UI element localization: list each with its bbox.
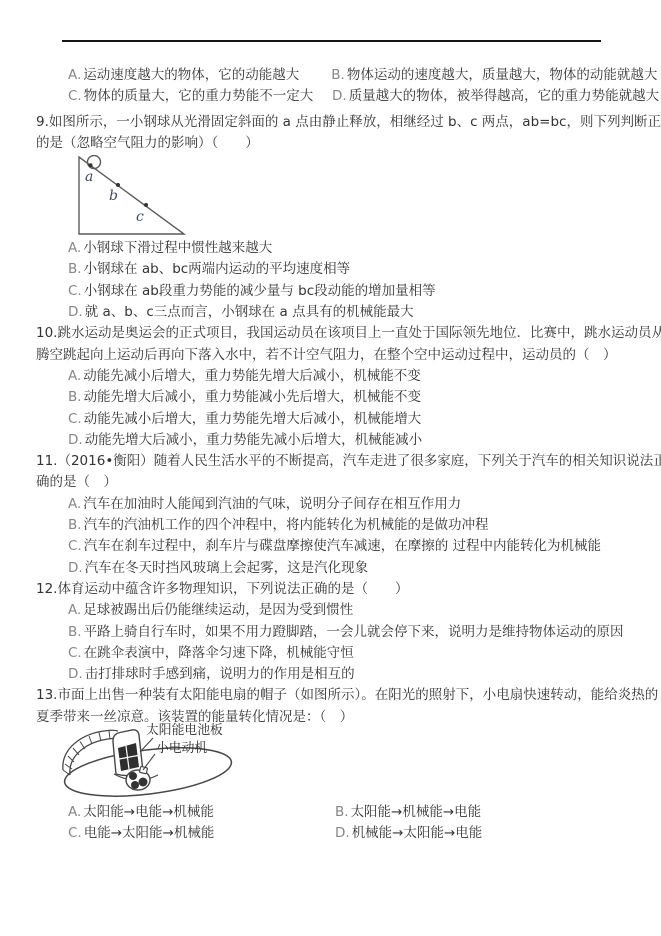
point-a-dot: [89, 163, 93, 167]
option-letter: C.: [68, 825, 82, 841]
fan-blade-1: [129, 772, 137, 780]
question-12: 12.体育运动中蕴含许多物理知识，下列说法正确的是（ ） A.足球被踢出后仍能继…: [36, 579, 635, 685]
option-text: 汽车的汽油机工作的四个冲程中，将内能转化为机械能的是做功冲程: [84, 517, 489, 533]
question-13: 13.市面上出售一种装有太阳能电扇的帽子（如图所示）。在阳光的照射下，小电扇快速…: [36, 685, 635, 844]
q12-option-a: A.足球被踢出后仍能继续运动，是因为受到惯性: [36, 600, 635, 621]
point-c-label: c: [136, 209, 144, 225]
option-letter: C.: [68, 645, 82, 661]
option-text: 小钢球下滑过程中惯性越来越大: [83, 240, 272, 256]
q8-option-d: D.质量越大的物体，被举得越高，它的重力势能就越大: [300, 86, 659, 107]
motor-label: 小电动机: [156, 740, 207, 756]
fan-blade-3: [131, 781, 139, 789]
option-letter: B.: [68, 389, 82, 405]
option-text: 就 a、b、c三点而言，小钢球在 a 点具有的机械能最大: [85, 304, 414, 320]
q9-option-c: C.小钢球在 ab段重力势能的减少量与 bc段动能的增加量相等: [36, 281, 635, 302]
q8-option-b: B.物体运动的速度越大，质量越大，物体的动能就越大: [299, 65, 657, 86]
option-letter: D.: [68, 666, 83, 682]
option-letter: D.: [68, 432, 83, 448]
q11-option-a: A.汽车在加油时人能闻到汽油的气味，说明分子间存在相互作用力: [36, 494, 635, 515]
option-letter: D.: [335, 825, 350, 841]
option-letter: C.: [68, 283, 82, 299]
q9-stem-line-1: 9.如图所示，一小钢球从光滑固定斜面的 a 点由静止释放，相继经过 b、c 两点…: [36, 112, 635, 133]
option-letter: B.: [331, 67, 345, 83]
option-text: 太阳能→电能→机械能: [83, 804, 214, 820]
q9-stem-line-2: 的是（忽略空气阻力的影响）（ ）: [36, 133, 635, 154]
q8-option-c: C.物体的质量大，它的重力势能不一定大: [36, 86, 300, 107]
option-text: 汽车在刹车过程中，刹车片与碟盘摩擦使汽车减速，在摩擦的 过程中内能转化为机械能: [84, 538, 601, 554]
q12-option-c: C.在跳伞表演中，降落伞匀速下降，机械能守恒: [36, 643, 635, 664]
q11-option-d: D.汽车在冬天时挡风玻璃上会起雾，这是汽化现象: [36, 558, 635, 579]
option-letter: D.: [68, 304, 83, 320]
option-text: 足球被踢出后仍能继续运动，是因为受到惯性: [83, 602, 353, 618]
q12-stem-line-1: 12.体育运动中蕴含许多物理知识，下列说法正确的是（ ）: [36, 579, 635, 600]
question-11: 11.（2016•衡阳）随着人民生活水平的不断提高，汽车走进了很多家庭，下列关于…: [36, 451, 635, 579]
option-letter: C.: [68, 88, 82, 104]
option-text: 电能→太阳能→机械能: [84, 825, 215, 841]
q13-stem-line-2: 夏季带来一丝凉意。该装置的能量转化情况是：（ ）: [36, 707, 635, 728]
q13-option-b: B.太阳能→机械能→电能: [303, 802, 481, 823]
option-letter: B.: [68, 261, 82, 277]
q13-option-a: A.太阳能→电能→机械能: [36, 802, 303, 823]
q8-option-a: A.运动速度越大的物体，它的动能越大: [36, 65, 299, 86]
questions-area: A.运动速度越大的物体，它的动能越大 B.物体运动的速度越大，质量越大，物体的动…: [0, 65, 661, 845]
q9-option-a: A.小钢球下滑过程中惯性越来越大: [36, 238, 635, 259]
q12-option-b: B.平路上骑自行车时，如果不用力蹬脚踏，一会儿就会停下来，说明力是维持物体运动的…: [36, 622, 635, 643]
q9-option-b: B.小钢球在 ab、bc两端内运动的平均速度相等: [36, 259, 635, 280]
option-text: 在跳伞表演中，降落伞匀速下降，机械能守恒: [84, 645, 354, 661]
q11-stem-line-2: 确的是（ ）: [36, 472, 635, 493]
option-text: 小钢球在 ab、bc两端内运动的平均速度相等: [84, 261, 351, 277]
q13-stem-line-1: 13.市面上出售一种装有太阳能电扇的帽子（如图所示）。在阳光的照射下，小电扇快速…: [36, 685, 635, 706]
q10-option-c: C.动能先减小后增大，重力势能先增大后减小，机械能增大: [36, 409, 635, 430]
fan-blade-2: [139, 778, 148, 787]
option-text: 机械能→太阳能→电能: [352, 825, 483, 841]
q11-option-b: B.汽车的汽油机工作的四个冲程中，将内能转化为机械能的是做功冲程: [36, 515, 635, 536]
point-b-label: b: [109, 188, 118, 204]
option-text: 太阳能→机械能→电能: [351, 804, 482, 820]
option-text: 物体运动的速度越大，质量越大，物体的动能就越大: [347, 67, 658, 83]
option-text: 击打排球时手感到痛，说明力的作用是相互的: [85, 666, 355, 682]
option-text: 运动速度越大的物体，它的动能越大: [83, 67, 299, 83]
q9-option-d: D.就 a、b、c三点而言，小钢球在 a 点具有的机械能最大: [36, 302, 635, 323]
q10-stem-line-1: 10.跳水运动是奥运会的正式项目，我国运动员在该项目上一直处于国际领先地位．比赛…: [36, 323, 635, 344]
option-letter: B.: [335, 804, 349, 820]
question-8-options: A.运动速度越大的物体，它的动能越大 B.物体运动的速度越大，质量越大，物体的动…: [36, 65, 635, 108]
option-letter: A.: [68, 496, 81, 512]
visor-brim: [62, 740, 234, 802]
option-letter: D.: [68, 560, 83, 576]
q10-option-a: A.动能先减小后增大，重力势能先增大后减小，机械能不变: [36, 366, 635, 387]
option-text: 小钢球在 ab段重力势能的减少量与 bc段动能的增加量相等: [84, 283, 436, 299]
q8-options-row-1: A.运动速度越大的物体，它的动能越大 B.物体运动的速度越大，质量越大，物体的动…: [36, 65, 635, 86]
option-letter: A.: [68, 602, 81, 618]
solar-panel-label: 太阳能电池板: [146, 722, 223, 738]
question-10: 10.跳水运动是奥运会的正式项目，我国运动员在该项目上一直处于国际领先地位．比赛…: [36, 323, 635, 451]
option-text: 动能先减小后增大，重力势能先增大后减小，机械能增大: [84, 411, 422, 427]
option-letter: D.: [332, 88, 347, 104]
incline-figure: a b c: [74, 155, 194, 237]
q10-stem-line-2: 腾空跳起向上运动后再向下落入水中，若不计空气阻力，在整个空中运动过程中，运动员的…: [36, 345, 635, 366]
option-text: 汽车在加油时人能闻到汽油的气味，说明分子间存在相互作用力: [83, 496, 461, 512]
point-c-dot: [144, 203, 148, 207]
point-a-label: a: [85, 169, 93, 185]
q10-option-b: B.动能先增大后减小，重力势能减小先后增大，机械能不变: [36, 387, 635, 408]
option-letter: A.: [68, 240, 81, 256]
q13-option-d: D.机械能→太阳能→电能: [303, 823, 482, 844]
option-text: 动能先增大后减小，重力势能减小先后增大，机械能不变: [84, 389, 422, 405]
option-letter: A.: [68, 804, 81, 820]
q13-options-row-1: A.太阳能→电能→机械能 B.太阳能→机械能→电能: [36, 802, 635, 823]
option-letter: B.: [68, 517, 82, 533]
option-text: 质量越大的物体，被举得越高，它的重力势能就越大: [349, 88, 660, 104]
header-divider: [62, 40, 601, 42]
q11-stem-line-1: 11.（2016•衡阳）随着人民生活水平的不断提高，汽车走进了很多家庭，下列关于…: [36, 451, 635, 472]
option-text: 动能先增大后减小，重力势能先减小后增大，机械能减小: [85, 432, 423, 448]
q8-options-row-2: C.物体的质量大，它的重力势能不一定大 D.质量越大的物体，被举得越高，它的重力…: [36, 86, 635, 107]
q11-option-c: C.汽车在刹车过程中，刹车片与碟盘摩擦使汽车减速，在摩擦的 过程中内能转化为机械…: [36, 536, 635, 557]
option-letter: C.: [68, 411, 82, 427]
option-text: 物体的质量大，它的重力势能不一定大: [84, 88, 314, 104]
option-text: 汽车在冬天时挡风玻璃上会起雾，这是汽化现象: [85, 560, 369, 576]
option-text: 平路上骑自行车时，如果不用力蹬脚踏，一会儿就会停下来，说明力是维持物体运动的原因: [84, 624, 624, 640]
q13-options-row-2: C.电能→太阳能→机械能 D.机械能→太阳能→电能: [36, 823, 635, 844]
q13-option-c: C.电能→太阳能→机械能: [36, 823, 303, 844]
solar-hat-figure: 太阳能电池板 小电动机: [56, 720, 236, 802]
option-text: 动能先减小后增大，重力势能先增大后减小，机械能不变: [83, 368, 421, 384]
option-letter: B.: [68, 624, 82, 640]
option-letter: C.: [68, 538, 82, 554]
exam-document-page: A.运动速度越大的物体，它的动能越大 B.物体运动的速度越大，质量越大，物体的动…: [0, 0, 661, 936]
question-9: 9.如图所示，一小钢球从光滑固定斜面的 a 点由静止释放，相继经过 b、c 两点…: [36, 112, 635, 324]
option-letter: A.: [68, 368, 81, 384]
option-letter: A.: [68, 67, 81, 83]
q12-option-d: D.击打排球时手感到痛，说明力的作用是相互的: [36, 664, 635, 685]
q10-option-d: D.动能先增大后减小，重力势能先减小后增大，机械能减小: [36, 430, 635, 451]
point-b-dot: [116, 183, 120, 187]
